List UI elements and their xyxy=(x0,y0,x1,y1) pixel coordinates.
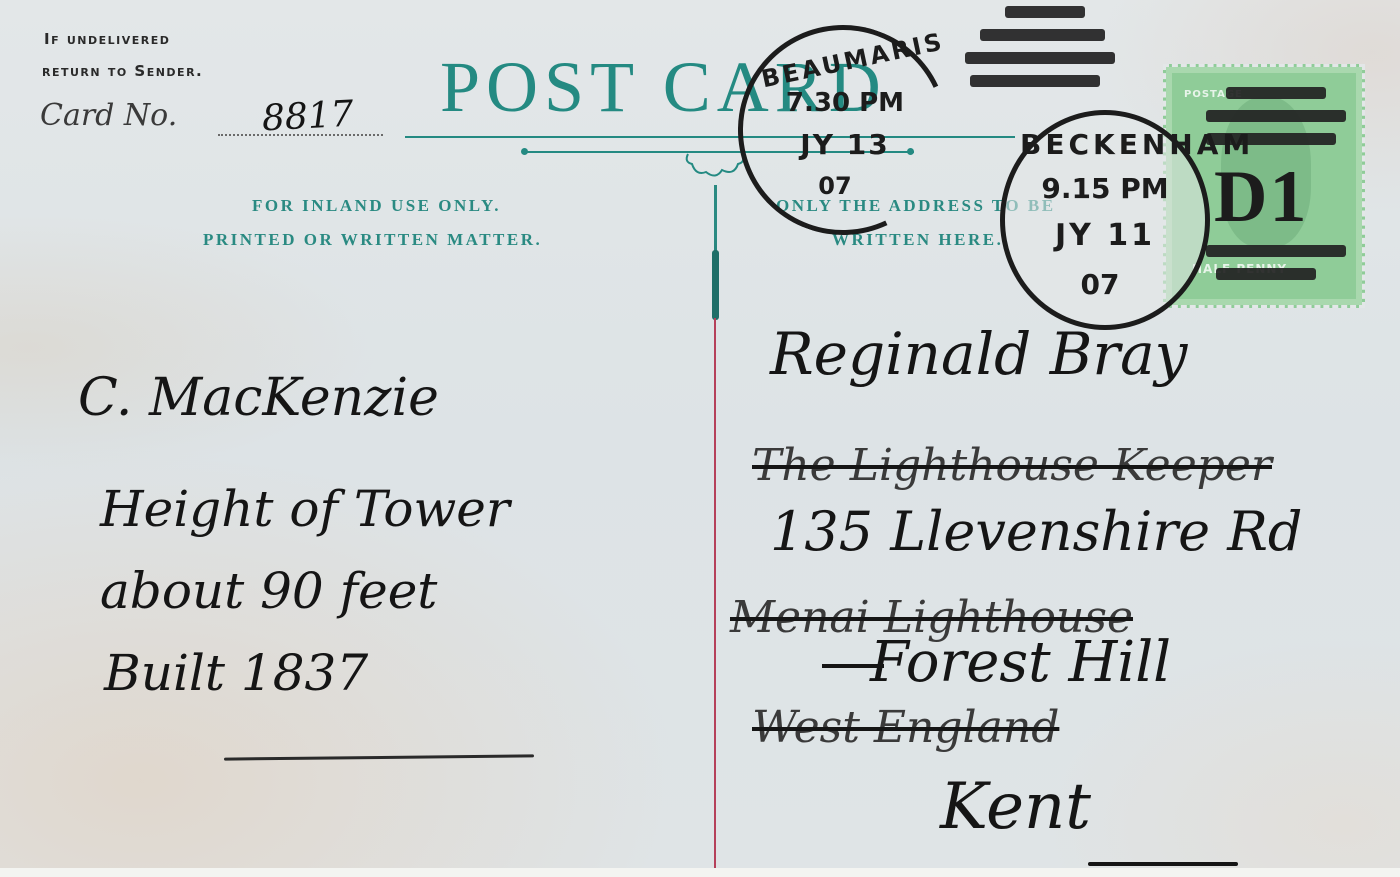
divider-teal-swell xyxy=(712,250,719,320)
address-county: Kent xyxy=(940,770,1091,844)
divider-red-line xyxy=(714,318,716,868)
county-underline xyxy=(1088,862,1238,866)
postmark-beckenham-town: BECKENHAM xyxy=(1020,128,1190,161)
address-street: 135 Llevenshire Rd xyxy=(770,500,1303,563)
stamp-cancel-bars-lower xyxy=(1206,245,1356,291)
card-number-label: Card No. xyxy=(40,98,177,133)
left-instructions-line2: PRINTED OR WRITTEN MATTER. xyxy=(203,230,542,250)
address-name: Reginald Bray xyxy=(770,320,1187,388)
left-instructions-line1: FOR INLAND USE ONLY. xyxy=(252,196,501,216)
message-underline xyxy=(224,754,534,760)
message-line-2: Height of Tower xyxy=(100,480,510,538)
address-struck-line-3: West England xyxy=(752,702,1059,753)
return-notice-line2: return to Sender. xyxy=(42,62,203,80)
cancel-bars-top xyxy=(965,6,1125,98)
town-struck-stroke xyxy=(822,664,884,668)
postmark-beaumaris-time: 7.30 PM xyxy=(780,88,910,118)
stamp-cancel-code: D1 xyxy=(1214,155,1308,240)
address-struck-line-1: The Lighthouse Keeper xyxy=(752,440,1272,491)
card-number-value: 8817 xyxy=(261,94,355,140)
return-notice-line1: If undelivered xyxy=(44,30,170,48)
postmark-beckenham-time: 9.15 PM xyxy=(1030,172,1180,205)
ornament-dot-left xyxy=(521,148,528,155)
postcard: If undelivered return to Sender. Card No… xyxy=(0,0,1400,868)
message-line-3: about 90 feet xyxy=(100,562,437,620)
postmark-beckenham-date: JY 11 xyxy=(1030,218,1180,253)
address-town: Forest Hill xyxy=(870,630,1171,695)
postmark-beaumaris-year: 07 xyxy=(780,172,890,200)
message-line-4: Built 1837 xyxy=(104,644,368,702)
postmark-beckenham-year: 07 xyxy=(1050,268,1150,301)
message-line-1: C. MacKenzie xyxy=(78,368,439,428)
postmark-beaumaris-date: JY 13 xyxy=(780,128,910,161)
